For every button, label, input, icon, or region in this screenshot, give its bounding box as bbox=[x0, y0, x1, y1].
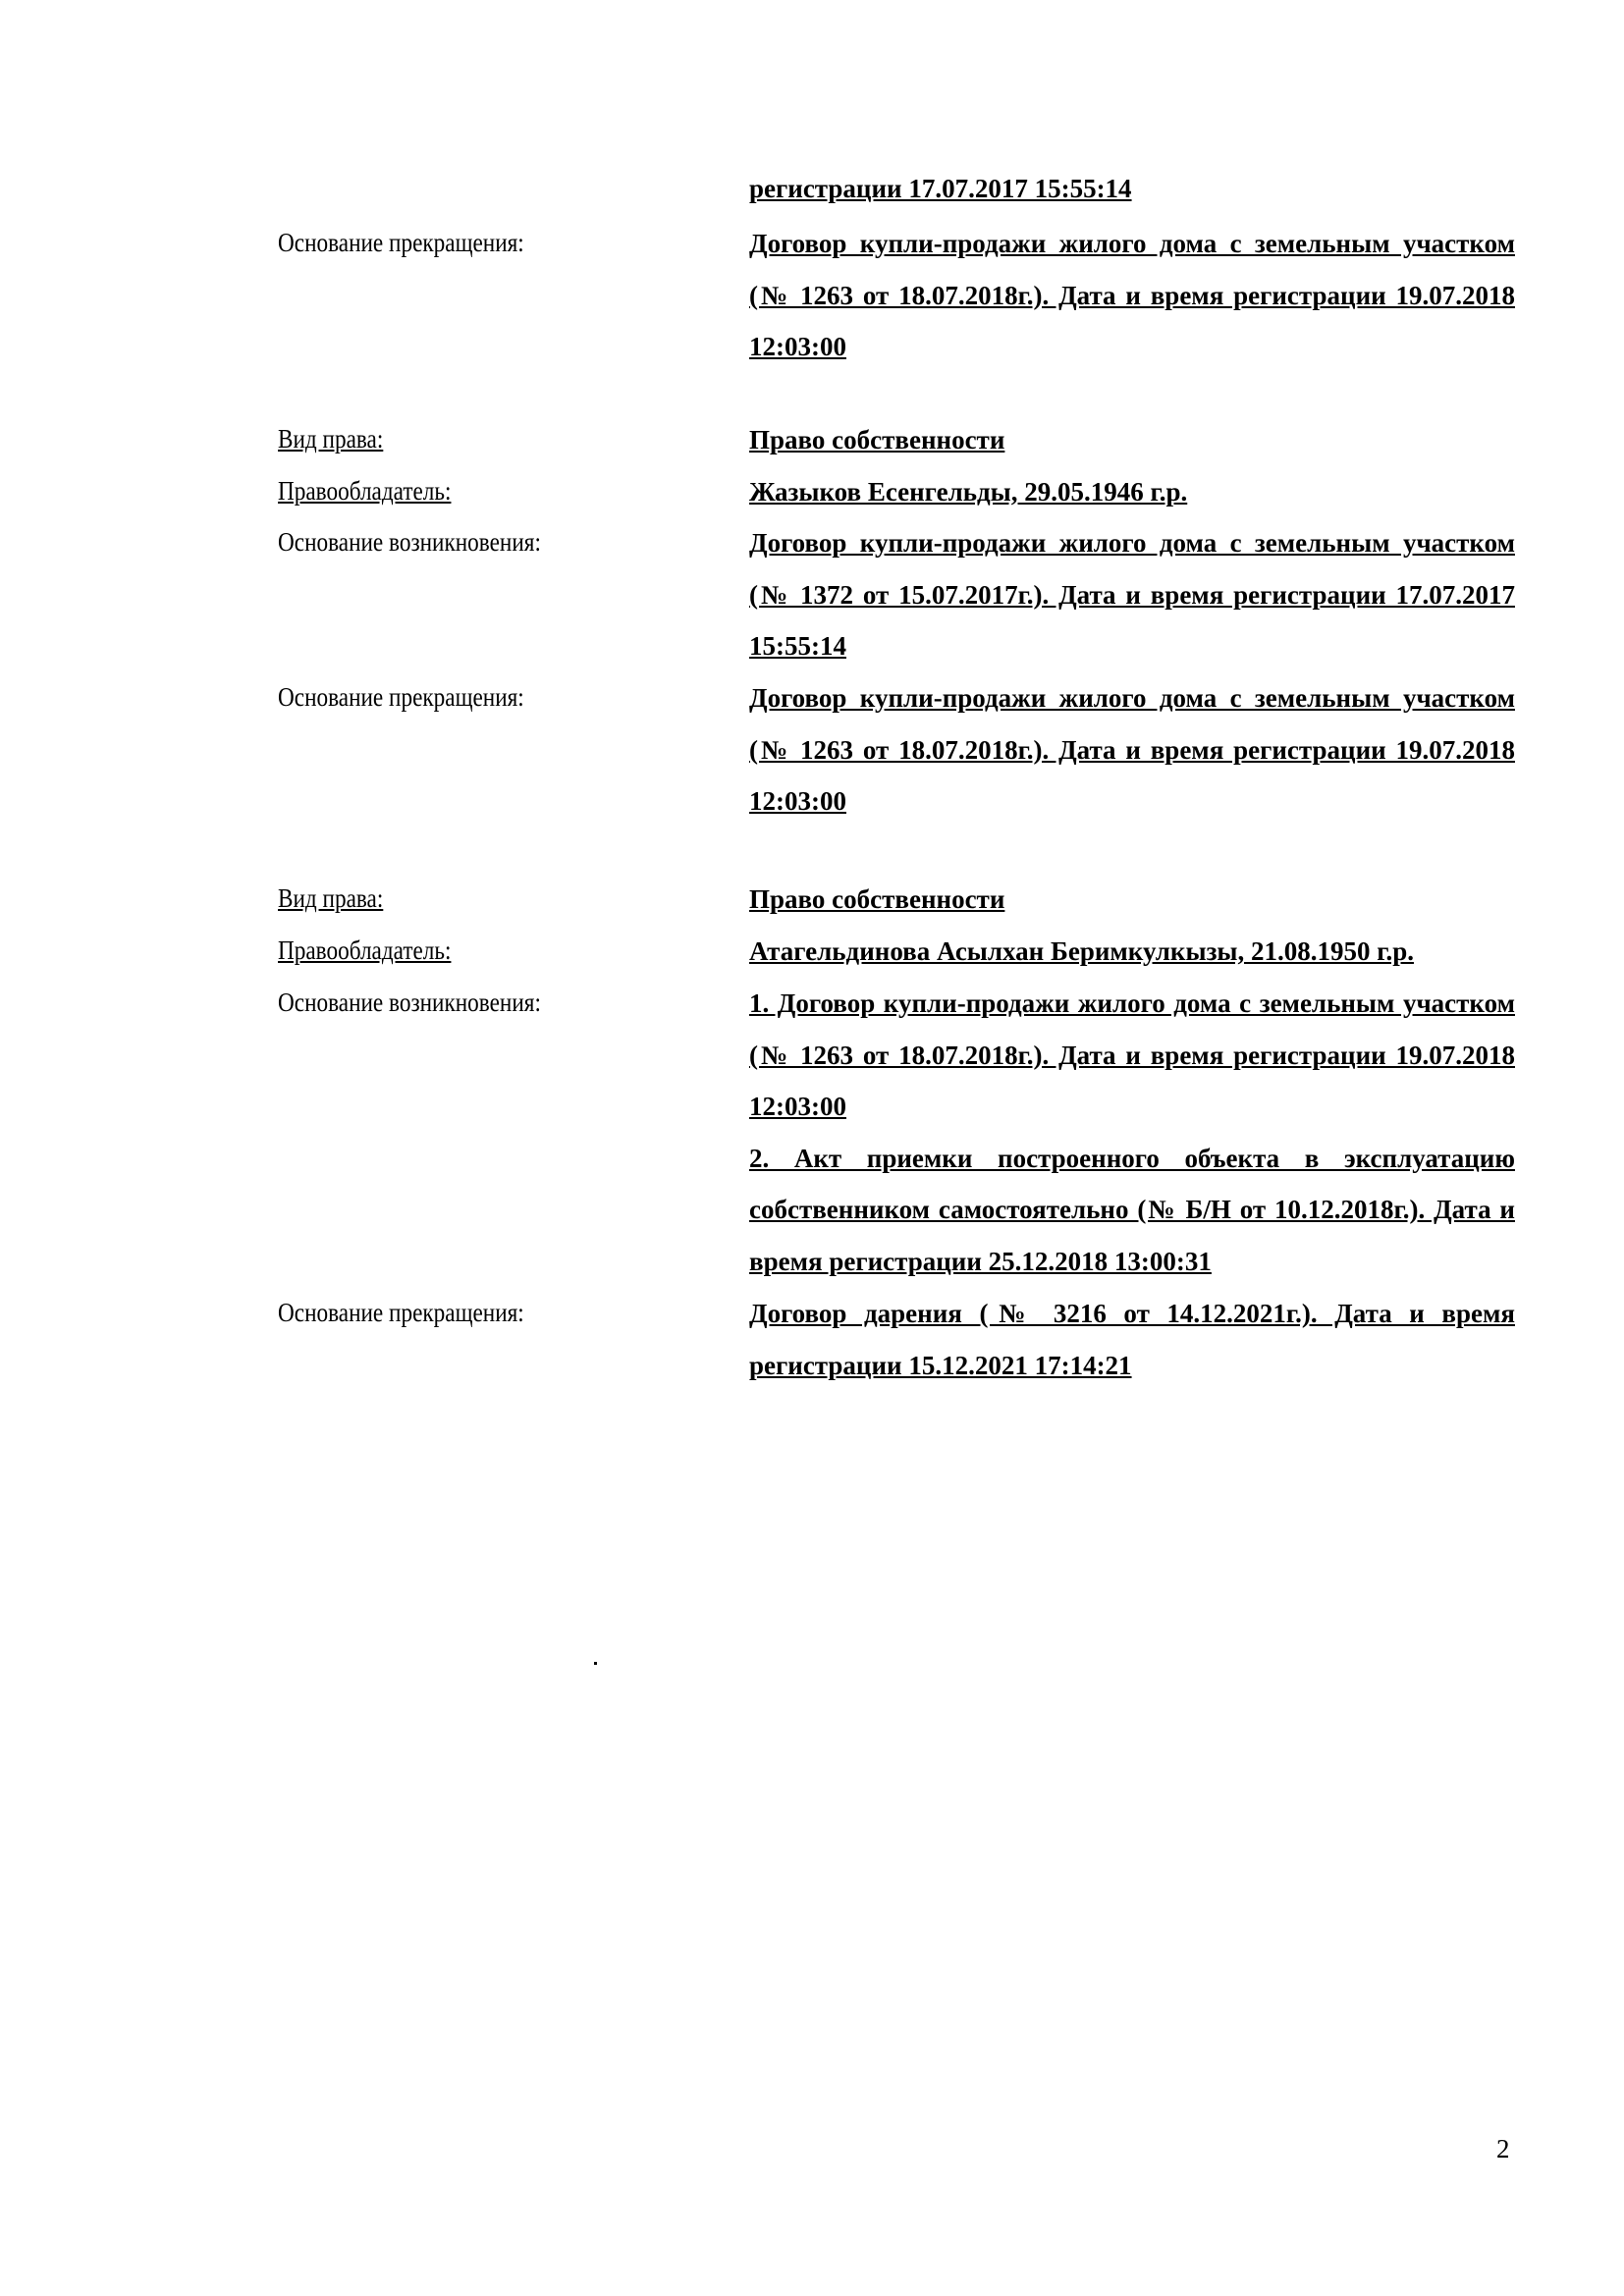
origin-item: 2. Акт приемки построенного объекта в эк… bbox=[749, 1133, 1515, 1288]
termination-value: Договор дарения (№ 3216 от 14.12.2021г.)… bbox=[749, 1288, 1515, 1391]
origin-value: 1. Договор купли-продажи жилого дома с з… bbox=[749, 978, 1515, 1287]
right-type-value: Право собственности bbox=[749, 874, 1515, 926]
termination-value: Договор купли-продажи жилого дома с земе… bbox=[749, 672, 1515, 828]
termination-value: Договор купли-продажи жилого дома с земе… bbox=[749, 218, 1515, 373]
termination-label: Основание прекращения: bbox=[278, 226, 524, 259]
holder-value: Жазыков Есенгельды, 29.05.1946 г.р. bbox=[749, 466, 1515, 518]
continuation-value-tail: регистрации 17.07.2017 15:55:14 bbox=[749, 163, 1515, 215]
origin-label: Основание возникновения: bbox=[278, 525, 541, 559]
right-type-label: Вид права: bbox=[278, 881, 383, 915]
stray-dot bbox=[594, 1662, 597, 1665]
holder-label: Правообладатель: bbox=[278, 934, 451, 967]
origin-value: Договор купли-продажи жилого дома с земе… bbox=[749, 517, 1515, 672]
termination-label: Основание прекращения: bbox=[278, 1296, 524, 1329]
termination-label: Основание прекращения: bbox=[278, 680, 524, 714]
origin-item: Договор купли-продажи жилого дома с земе… bbox=[749, 517, 1515, 672]
origin-label: Основание возникновения: bbox=[278, 986, 541, 1019]
document-page: регистрации 17.07.2017 15:55:14 Основани… bbox=[0, 0, 1624, 2296]
page-number: 2 bbox=[1496, 2132, 1510, 2165]
origin-item: 1. Договор купли-продажи жилого дома с з… bbox=[749, 978, 1515, 1133]
holder-label: Правообладатель: bbox=[278, 474, 451, 507]
right-type-value: Право собственности bbox=[749, 414, 1515, 466]
holder-value: Атагельдинова Асылхан Беримкулкызы, 21.0… bbox=[749, 926, 1515, 978]
right-type-label: Вид права: bbox=[278, 422, 383, 455]
